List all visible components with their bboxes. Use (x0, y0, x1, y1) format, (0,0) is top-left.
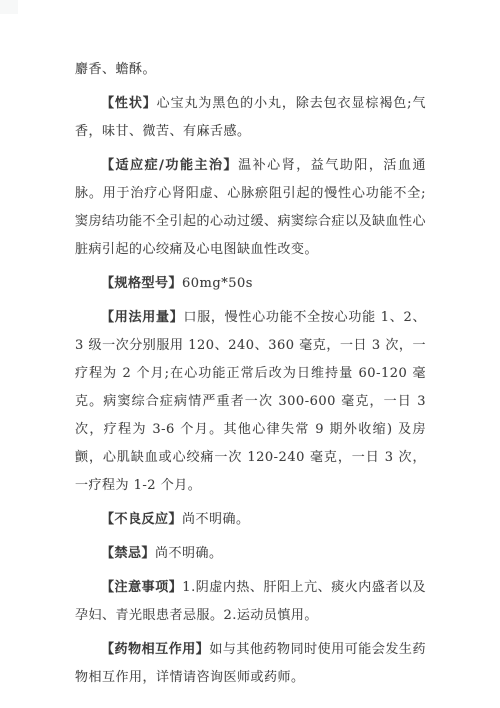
paragraph-zhuyi-shixiang: 【注意事项】1.阴虚内热、肝阳上亢、痰火内盛者以及孕妇、青光眼患者忌服。2.运动… (75, 574, 426, 630)
paragraph-yongfa-yongliang: 【用法用量】口服，慢性心功能不全按心功能 1、2、3 级一次分别服用 120、2… (75, 304, 426, 500)
section-label: 【性状】 (101, 96, 157, 111)
section-label: 【禁忌】 (101, 546, 155, 561)
paragraph-ingredients-continuation: 麝香、蟾酥。 (75, 56, 426, 84)
paragraph-shiyingzheng-gongnengzhuzhi: 【适应症/功能主治】温补心肾，益气助阳，活血通脉。用于治疗心肾阳虚、心脉瘀阻引起… (75, 152, 426, 264)
paragraph-buliang-fanying: 【不良反应】尚不明确。 (75, 506, 426, 534)
section-label: 【规格型号】 (101, 276, 182, 291)
paragraph-guige-xinghao: 【规格型号】60mg*50s (75, 270, 426, 298)
section-text: 60mg*50s (182, 276, 253, 291)
section-label: 【药物相互作用】 (101, 642, 209, 657)
paragraph-xingzhuang: 【性状】心宝丸为黑色的小丸，除去包衣显棕褐色;气香，味甘、微苦、有麻舌感。 (75, 90, 426, 146)
section-text: 尚不明确。 (155, 546, 223, 561)
section-text: 麝香、蟾酥。 (75, 62, 156, 77)
section-text: 口服，慢性心功能不全按心功能 1、2、3 级一次分别服用 120、240、360… (75, 310, 426, 493)
leaflet-page: 麝香、蟾酥。 【性状】心宝丸为黑色的小丸，除去包衣显棕褐色;气香，味甘、微苦、有… (0, 0, 500, 708)
section-label: 【适应症/功能主治】 (101, 158, 238, 173)
section-label: 【注意事项】 (101, 580, 182, 595)
paragraph-yaowu-xianghu-zuoyong: 【药物相互作用】如与其他药物同时使用可能会发生药物相互作用，详情请咨询医师或药师… (75, 636, 426, 692)
paragraph-jinji: 【禁忌】尚不明确。 (75, 540, 426, 568)
section-text: 尚不明确。 (182, 512, 250, 527)
section-label: 【用法用量】 (101, 310, 183, 325)
section-label: 【不良反应】 (101, 512, 182, 527)
